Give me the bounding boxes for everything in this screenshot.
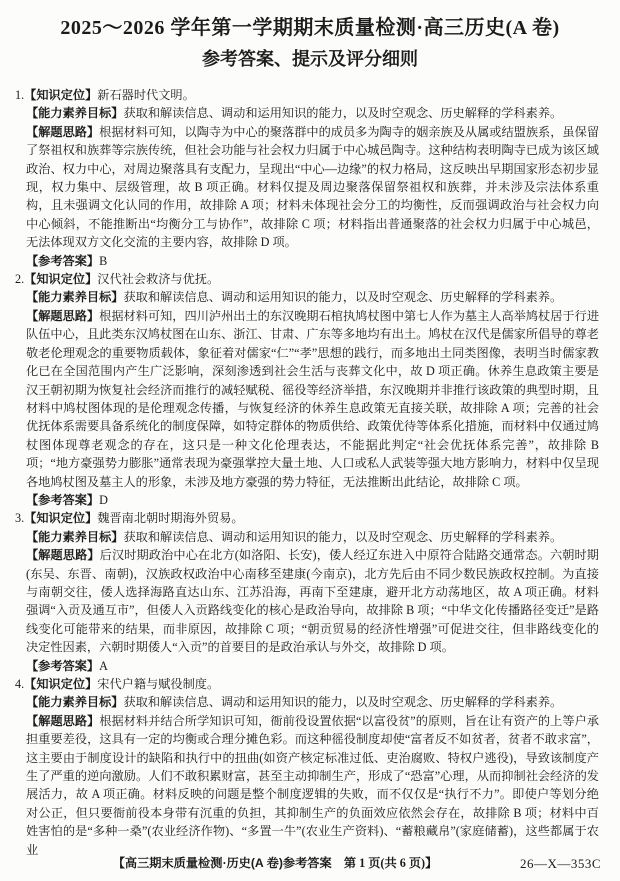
analysis-label: 【解题思路】: [26, 548, 100, 562]
page-footer: 【高三期末质量检测·历史(A 卷)参考答案 第 1 页(共 6 页)】 26—X…: [0, 855, 620, 872]
analysis-text: 根据材料并结合所学知识可知，衙前役设置依据“以富役贫”的原则，旨在让有资产的上等…: [26, 714, 599, 857]
knowledge-text: 新石器时代文明。: [97, 88, 195, 102]
knowledge-text: 宋代户籍与赋役制度。: [97, 677, 219, 691]
answer-letter: A: [99, 659, 108, 673]
analysis-line: 【解题思路】后汉时期政治中心在北方(如洛阳、长安)，倭人经辽东进入中原符合陆路交…: [26, 546, 599, 656]
answer-line: 【参考答案】A: [26, 657, 599, 675]
answer-label: 【参考答案】: [26, 493, 99, 507]
ability-label: 【能力素养目标】: [26, 695, 124, 709]
ability-label: 【能力素养目标】: [26, 530, 124, 544]
ability-text: 获取和解读信息、调动和运用知识的能力，以及时空观念、历史解释的学科素养。: [124, 290, 563, 304]
knowledge-line: 2.【知识定位】汉代社会救济与优抚。: [26, 270, 599, 288]
ability-label: 【能力素养目标】: [26, 290, 124, 304]
item-number: 2.: [15, 272, 24, 286]
ability-text: 获取和解读信息、调动和运用知识的能力，以及时空观念、历史解释的学科素养。: [124, 530, 563, 544]
knowledge-label: 【知识定位】: [24, 511, 97, 525]
knowledge-label: 【知识定位】: [24, 272, 97, 286]
ability-text: 获取和解读信息、调动和运用知识的能力，以及时空观念、历史解释的学科素养。: [124, 695, 563, 709]
answer-item-4: 4.【知识定位】宋代户籍与赋役制度。 【能力素养目标】获取和解读信息、调动和运用…: [15, 675, 599, 859]
answer-item-2: 2.【知识定位】汉代社会救济与优抚。 【能力素养目标】获取和解读信息、调动和运用…: [15, 270, 599, 509]
answer-line: 【参考答案】D: [26, 491, 599, 509]
knowledge-label: 【知识定位】: [24, 677, 97, 691]
analysis-label: 【解题思路】: [26, 714, 99, 728]
page-title: 2025～2026 学年第一学期期末质量检测·高三历史(A 卷): [0, 0, 620, 42]
ability-line: 【能力素养目标】获取和解读信息、调动和运用知识的能力，以及时空观念、历史解释的学…: [26, 528, 599, 546]
answer-line: 【参考答案】B: [26, 252, 599, 270]
knowledge-label: 【知识定位】: [24, 88, 97, 102]
ability-line: 【能力素养目标】获取和解读信息、调动和运用知识的能力，以及时空观念、历史解释的学…: [26, 104, 599, 122]
answer-item-1: 1.【知识定位】新石器时代文明。 【能力素养目标】获取和解读信息、调动和运用知识…: [15, 86, 599, 270]
page-subtitle: 参考答案、提示及评分细则: [0, 42, 620, 72]
analysis-line: 【解题思路】根据材料并结合所学知识可知，衙前役设置依据“以富役贫”的原则，旨在让…: [26, 712, 599, 859]
analysis-line: 【解题思路】根据材料可知，以陶寺为中心的聚落群中的成员多为陶寺的姻亲族及从属或结…: [26, 123, 599, 252]
answer-label: 【参考答案】: [26, 659, 99, 673]
answer-label: 【参考答案】: [26, 254, 99, 268]
answer-item-3: 3.【知识定位】魏晋南北朝时期海外贸易。 【能力素养目标】获取和解读信息、调动和…: [15, 509, 599, 675]
knowledge-line: 3.【知识定位】魏晋南北朝时期海外贸易。: [26, 509, 599, 527]
ability-text: 获取和解读信息、调动和运用知识的能力，以及时空观念、历史解释的学科素养。: [124, 106, 563, 120]
footer-caption-prefix: 【高三期末质量检测·: [113, 856, 227, 870]
item-number: 4.: [15, 677, 24, 691]
footer-caption-subject: 历史(A 卷)参考答案: [226, 856, 331, 870]
analysis-line: 【解题思路】根据材料可知，四川泸州出土的东汉晚期石棺执鸠杖图中第七人作为墓主人高…: [26, 307, 599, 491]
analysis-text: 根据材料可知，四川泸州出土的东汉晚期石棺执鸠杖图中第七人作为墓主人高举鸠杖居于行…: [26, 309, 599, 489]
knowledge-line: 1.【知识定位】新石器时代文明。: [26, 86, 599, 104]
answer-key-page: 2025～2026 学年第一学期期末质量检测·高三历史(A 卷) 参考答案、提示…: [0, 0, 620, 881]
knowledge-text: 魏晋南北朝时期海外贸易。: [97, 511, 243, 525]
analysis-text: 后汉时期政治中心在北方(如洛阳、长安)，倭人经辽东进入中原符合陆路交通常态。六朝…: [26, 548, 599, 654]
answers-content: 1.【知识定位】新石器时代文明。 【能力素养目标】获取和解读信息、调动和运用知识…: [0, 72, 620, 859]
analysis-label: 【解题思路】: [26, 309, 99, 323]
answer-letter: D: [99, 493, 108, 507]
analysis-text: 根据材料可知，以陶寺为中心的聚落群中的成员多为陶寺的姻亲族及从属或结盟族系，虽保…: [26, 125, 599, 249]
answer-letter: B: [99, 254, 107, 268]
knowledge-line: 4.【知识定位】宋代户籍与赋役制度。: [26, 675, 599, 693]
item-number: 3.: [15, 511, 24, 525]
item-number: 1.: [15, 88, 24, 102]
footer-page-number: 第 1 页(共 6 页)】: [332, 856, 438, 870]
knowledge-text: 汉代社会救济与优抚。: [97, 272, 219, 286]
analysis-label: 【解题思路】: [26, 125, 99, 139]
ability-line: 【能力素养目标】获取和解读信息、调动和运用知识的能力，以及时空观念、历史解释的学…: [26, 693, 599, 711]
ability-label: 【能力素养目标】: [26, 106, 124, 120]
ability-line: 【能力素养目标】获取和解读信息、调动和运用知识的能力，以及时空观念、历史解释的学…: [26, 288, 599, 306]
paper-code: 26—X—353C: [520, 855, 601, 872]
